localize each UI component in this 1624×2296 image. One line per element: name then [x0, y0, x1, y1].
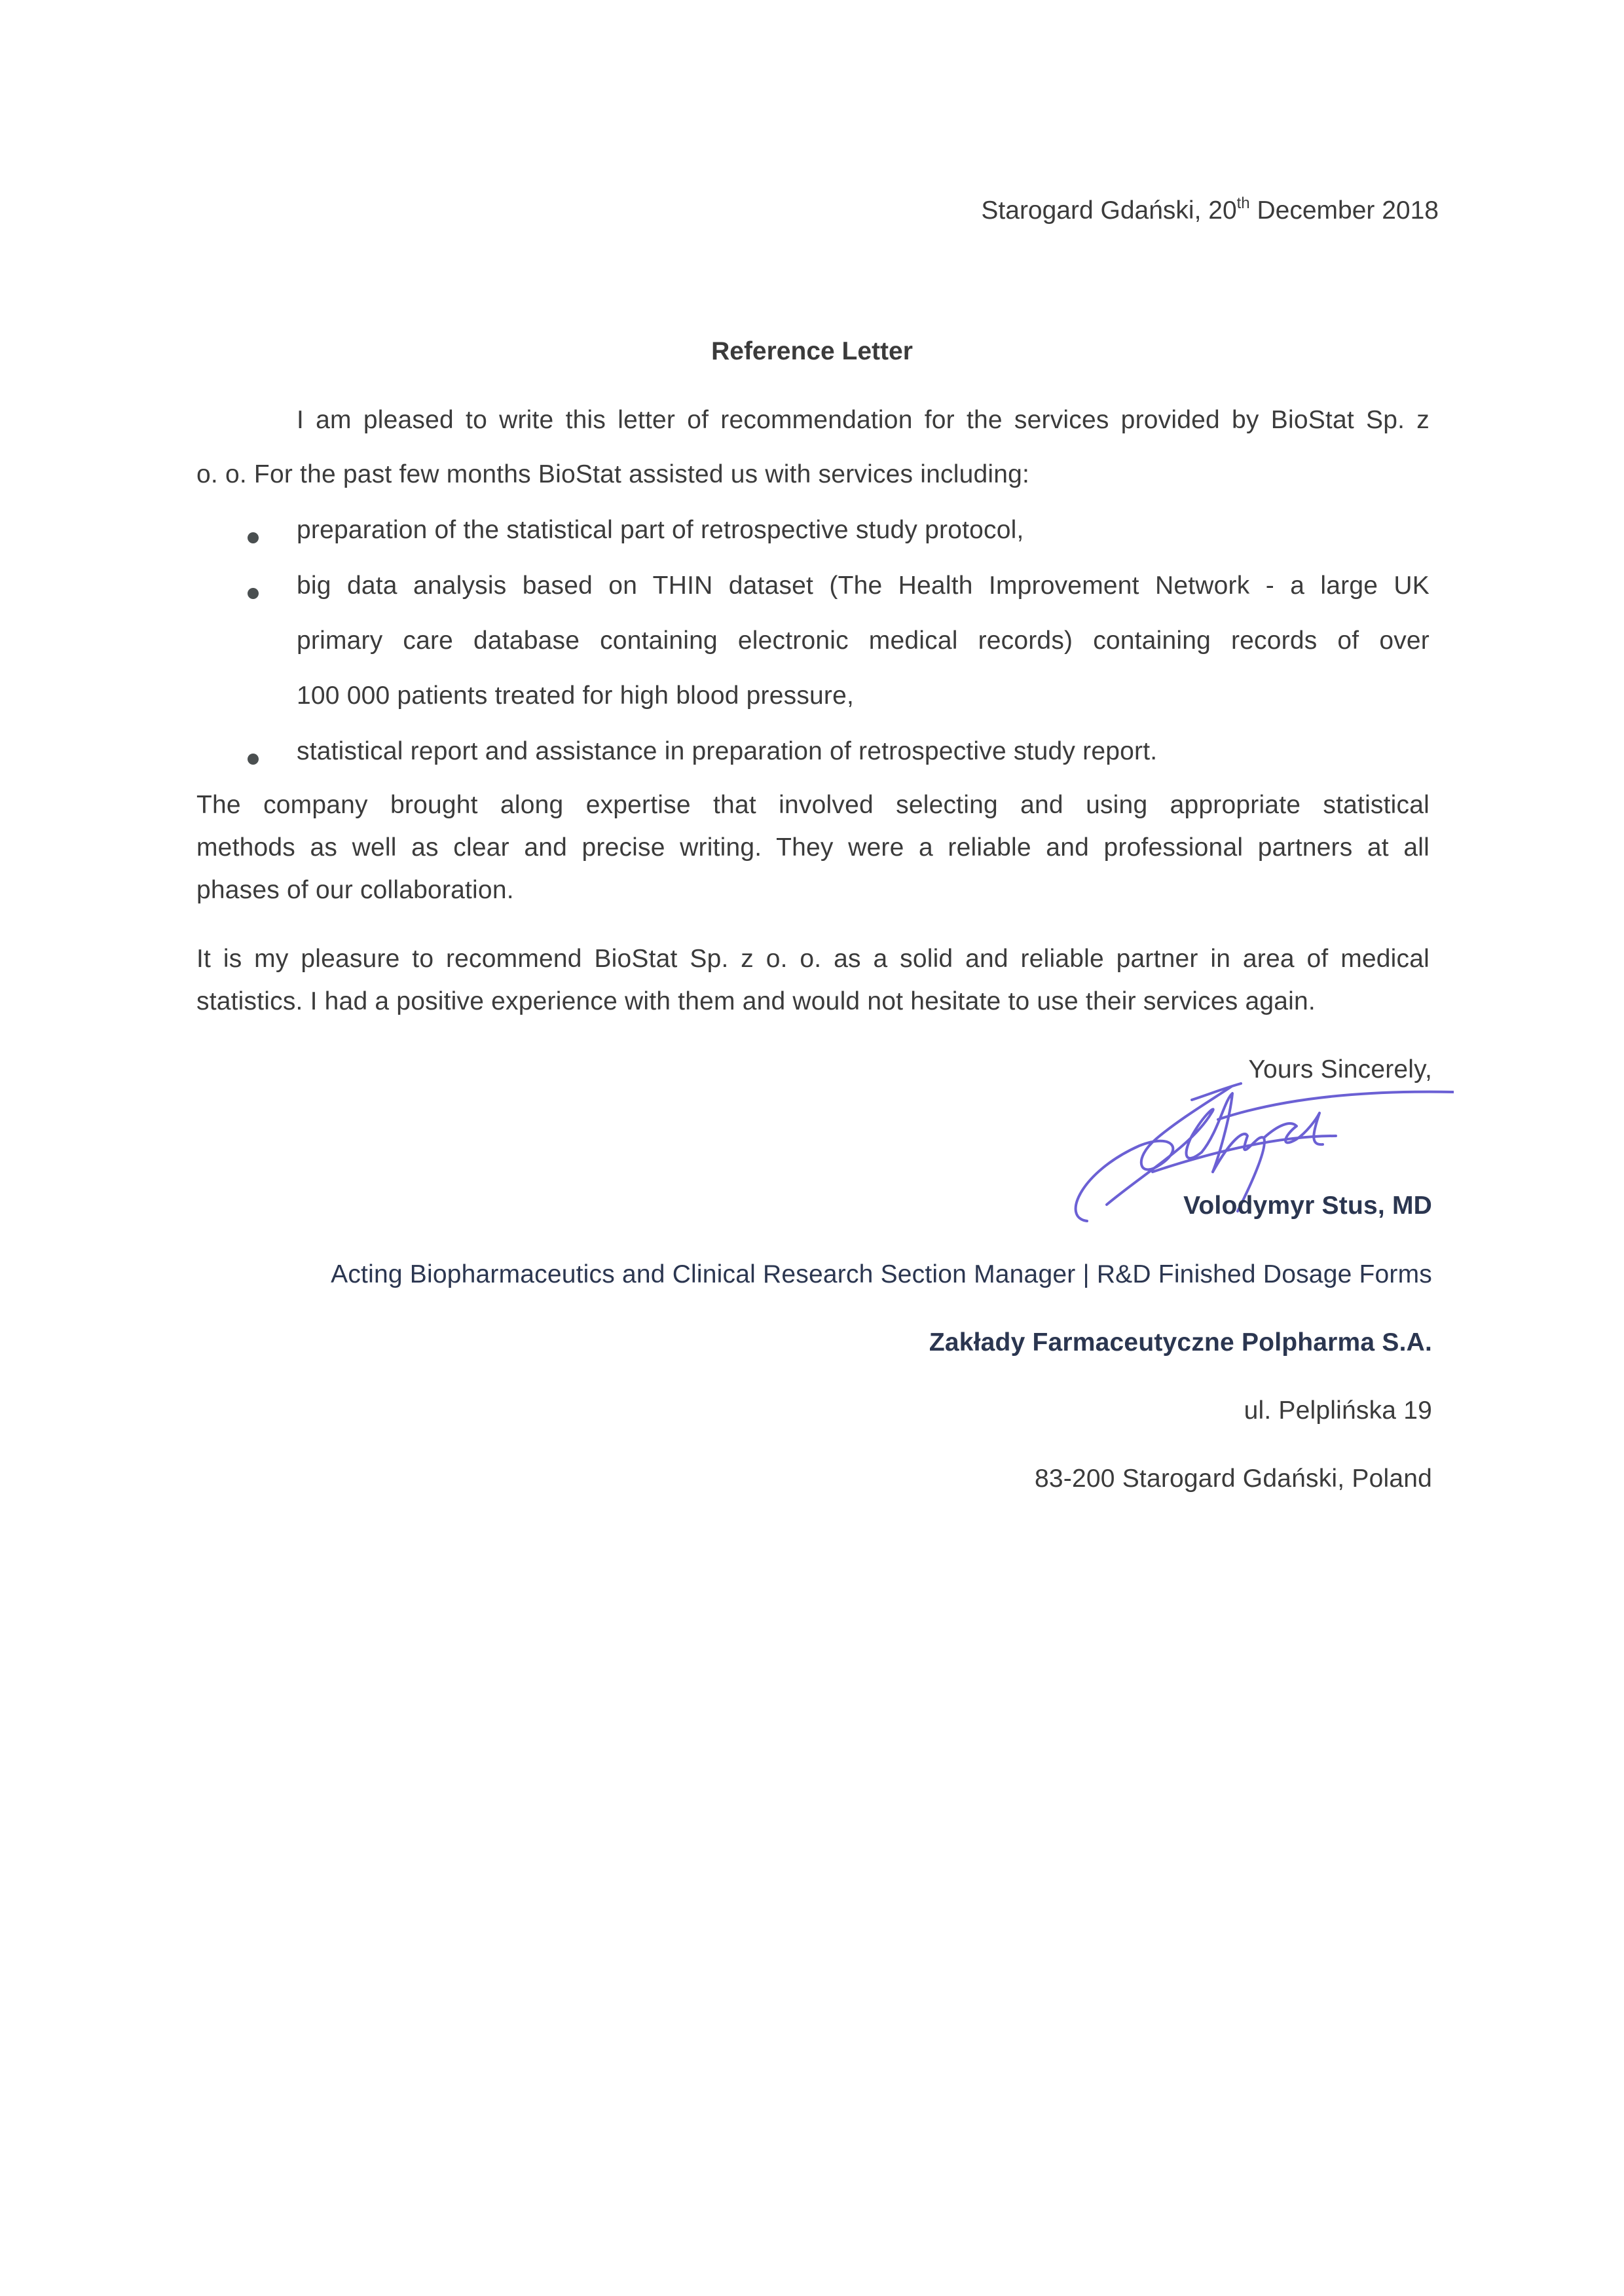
date-month-year: December 2018 [1250, 196, 1439, 225]
paragraph-line: methods as well as clear and precise wri… [196, 833, 1430, 862]
company-street: ul. Pelplińska 19 [1244, 1396, 1432, 1425]
intro-line-2: o. o. For the past few months BioStat as… [196, 460, 1029, 489]
letter-title: Reference Letter [0, 337, 1624, 366]
intro-line-1: I am pleased to write this letter of rec… [297, 406, 1430, 435]
service-item-line: big data analysis based on THIN dataset … [297, 572, 1430, 600]
paragraph-line: The company brought along expertise that… [196, 791, 1430, 820]
letter-date: Starogard Gdański, 20th December 2018 [981, 196, 1439, 225]
service-item-line: preparation of the statistical part of r… [297, 516, 1430, 545]
service-item-line: primary care database containing electro… [297, 627, 1430, 655]
service-item-line: 100 000 patients treated for high blood … [297, 682, 1430, 710]
paragraph-line: phases of our collaboration. [196, 876, 1430, 905]
bullet-icon [248, 588, 259, 599]
date-ordinal-suffix: th [1237, 194, 1250, 212]
signatory-position: Acting Biopharmaceutics and Clinical Res… [331, 1260, 1432, 1289]
company-name: Zakłady Farmaceutyczne Polpharma S.A. [929, 1328, 1432, 1357]
date-place: Starogard Gdański, 20 [981, 196, 1236, 225]
signatory-name: Volodymyr Stus, MD [1183, 1192, 1432, 1220]
service-item-line: statistical report and assistance in pre… [297, 737, 1430, 766]
paragraph-line: statistics. I had a positive experience … [196, 987, 1430, 1016]
bullet-icon [248, 532, 259, 543]
bullet-icon [248, 754, 259, 765]
paragraph-line: It is my pleasure to recommend BioStat S… [196, 945, 1430, 974]
company-city: 83-200 Starogard Gdański, Poland [1035, 1465, 1432, 1493]
reference-letter-page: Starogard Gdański, 20th December 2018 Re… [0, 0, 1624, 2296]
